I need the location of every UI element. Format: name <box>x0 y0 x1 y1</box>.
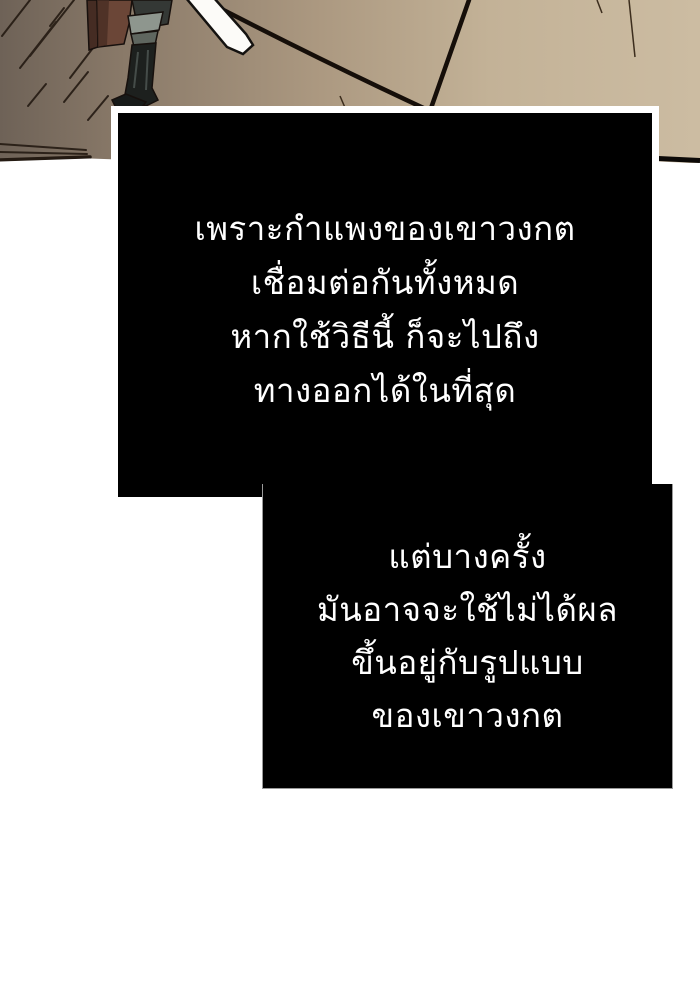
narration-box-2: แต่บางครั้ง มันอาจจะใช้ไม่ได้ผล ขึ้นอยู่… <box>262 484 673 789</box>
narration-line: มันอาจจะใช้ไม่ได้ผล <box>317 583 618 636</box>
narration-line: ของเขาวงกต <box>372 689 564 742</box>
narration-line: ทางออกได้ในที่สุด <box>254 364 517 418</box>
coat-edge <box>87 0 98 50</box>
narration-line: เชื่อมต่อกันทั้งหมด <box>251 256 519 310</box>
narration-line: ขึ้นอยู่กับรูปแบบ <box>351 636 584 689</box>
comic-page: เพราะกำแพงของเขาวงกต เชื่อมต่อกันทั้งหมด… <box>0 0 700 1000</box>
narration-line: แต่บางครั้ง <box>388 530 546 583</box>
narration-box-1: เพราะกำแพงของเขาวงกต เชื่อมต่อกันทั้งหมด… <box>111 106 659 504</box>
narration-line: หากใช้วิธีนี้ ก็จะไปถึง <box>230 310 539 364</box>
narration-line: เพราะกำแพงของเขาวงกต <box>194 202 575 256</box>
